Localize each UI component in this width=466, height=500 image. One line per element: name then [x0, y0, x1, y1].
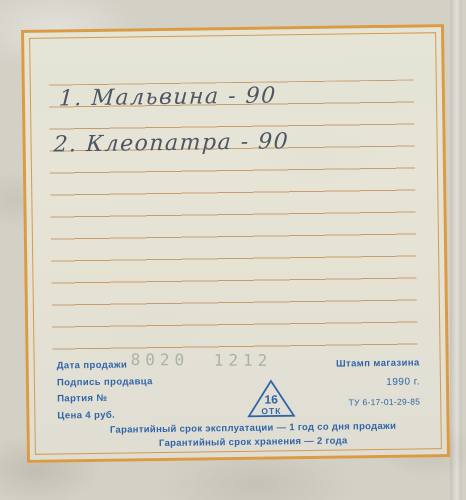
warranty-storage-line: Гарантийный срок хранения — 2 года — [88, 434, 419, 450]
qc-number: 16 — [264, 392, 278, 406]
handwritten-entry-1: 1. Мальвина - 90 — [58, 83, 277, 111]
photo-background: 1. Мальвина - 90 2. Клеопатра - 90 8020 … — [0, 0, 466, 500]
shop-stamp-label: Штамп магазина — [336, 357, 420, 369]
paper-crease — [450, 0, 462, 500]
shop-stamp-block: Штамп магазина 1990 г. ТУ 6-17-01-29-85 — [336, 357, 420, 407]
warranty-card: 1. Мальвина - 90 2. Клеопатра - 90 8020 … — [21, 24, 450, 463]
qc-triangle-icon: 16 ОТК — [247, 379, 296, 418]
sale-info-block: Дата продажи Подпись продавца Партия № Ц… — [57, 359, 154, 426]
warranty-block: Гарантийный срок эксплуатации — 1 год со… — [88, 420, 419, 450]
ruled-lines — [49, 79, 418, 351]
qc-otk-label: ОТК — [261, 406, 281, 416]
tu-standard-label: ТУ 6-17-01-29-85 — [337, 396, 421, 407]
price-label: Цена 4 руб. — [57, 409, 153, 421]
seller-signature-label: Подпись продавца — [57, 376, 153, 388]
date-of-sale-label: Дата продажи — [57, 359, 153, 371]
handwritten-entry-2: 2. Клеопатра - 90 — [53, 129, 290, 157]
batch-number-label: Партия № — [57, 392, 153, 404]
year-label: 1990 г. — [336, 376, 420, 388]
